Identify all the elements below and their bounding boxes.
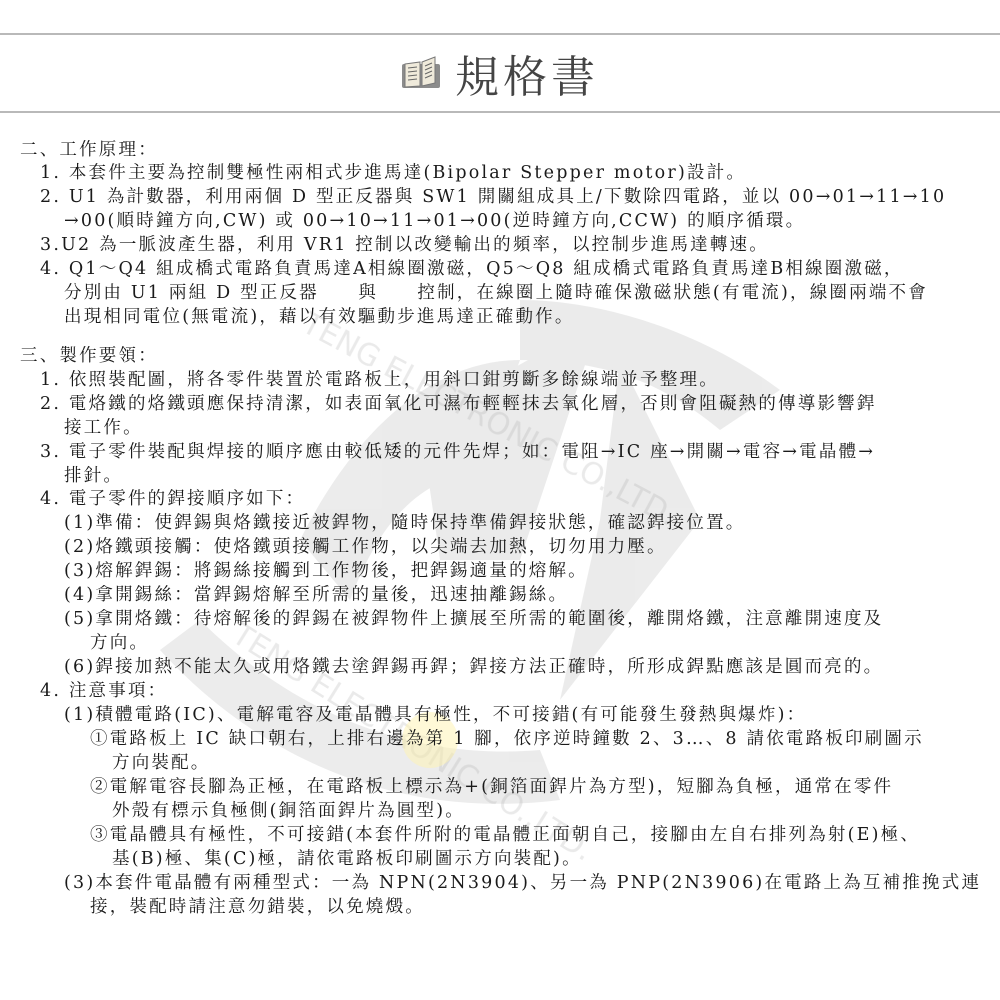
sub-sub-item-continuation: 外殼有標示負極側(銅箔面銲片為圓型)。	[112, 800, 465, 824]
sub-item: (1)準備：使銲錫與烙鐵接近被銲物，隨時保持準備銲接狀態，確認銲接位置。	[64, 512, 746, 536]
list-item: 4. Q1～Q4 組成橋式電路負責馬達A相線圈激磁，Q5～Q8 組成橋式電路負責…	[40, 258, 904, 282]
sub-sub-item: ③電晶體具有極性，不可接錯(本套件所附的電晶體正面朝自己，接腳由左自右排列為射(…	[90, 824, 920, 848]
list-item: 4. 電子零件的銲接順序如下：	[40, 488, 305, 512]
list-item: 3. 電子零件裝配與焊接的順序應由較低矮的元件先焊；如：電阻→IC 座→開關→電…	[40, 441, 875, 465]
sub-item: (3)本套件電晶體有兩種型式：一為 NPN(2N3904)、另一為 PNP(2N…	[64, 872, 981, 896]
sub-sub-item: ②電解電容長腳為正極，在電路板上標示為+(銅箔面銲片為方型)，短腳為負極，通常在…	[90, 776, 893, 800]
list-item: 3.U2 為一脈波產生器，利用 VR1 控制以改變輸出的頻率，以控制步進馬達轉速…	[40, 234, 769, 258]
sub-item-continuation: 接，裝配時請注意勿錯裝，以免燒燬。	[90, 896, 425, 920]
sub-item: (4)拿開錫絲：當銲錫熔解至所需的量後，迅速抽離錫絲。	[64, 584, 568, 608]
sub-item: (1)積體電路(IC)、電解電容及電晶體具有極性，不可接錯(有可能發生發熱與爆炸…	[64, 704, 806, 728]
list-item: 1. 本套件主要為控制雙極性兩相式步進馬達(Bipolar Stepper mo…	[40, 162, 746, 186]
list-item: 1. 依照裝配圖，將各零件裝置於電路板上，用斜口鉗剪斷多餘線端並予整理。	[40, 369, 719, 393]
list-item-continuation: 接工作。	[64, 417, 143, 441]
sub-item: (5)拿開烙鐵：待熔解後的銲錫在被銲物件上擴展至所需的範圍後，離開烙鐵，注意離開…	[64, 608, 883, 632]
list-item-continuation: →00(順時鐘方向,CW) 或 00→10→11→01→00(逆時鐘方向,CCW…	[64, 210, 805, 234]
sub-item: (2)烙鐵頭接觸：使烙鐵頭接觸工作物，以尖端去加熱，切勿用力壓。	[64, 536, 667, 560]
list-item-continuation: 出現相同電位(無電流)，藉以有效驅動步進馬達正確動作。	[64, 306, 575, 330]
list-item-continuation: 排針。	[64, 465, 123, 489]
section-heading: 三、製作要領：	[20, 345, 158, 369]
list-item: 4. 注意事項：	[40, 680, 167, 704]
list-item: 2. U1 為計數器，利用兩個 D 型正反器與 SW1 開關組成具上/下數除四電…	[40, 186, 946, 210]
sub-item-continuation: 方向。	[90, 632, 149, 656]
sub-sub-item-continuation: 方向裝配。	[112, 752, 211, 776]
sub-sub-item: ①電路板上 IC 缺口朝右，上排右邊為第 1 腳，依序逆時鐘數 2、3…、8 請…	[90, 728, 924, 752]
section-heading: 二、工作原理：	[20, 139, 158, 163]
sub-item: (6)銲接加熱不能太久或用烙鐵去塗銲錫再銲；銲接方法正確時，所形成銲點應該是圓而…	[64, 656, 883, 680]
sub-sub-item-continuation: 基(B)極、集(C)極，請依電路板印刷圖示方向裝配)。	[112, 848, 582, 872]
list-item: 2. 電烙鐵的烙鐵頭應保持清潔，如表面氧化可濕布輕輕抹去氧化層，否則會阻礙熱的傳…	[40, 393, 877, 417]
sub-item: (3)熔解銲錫：將錫絲接觸到工作物後，把銲錫適量的熔解。	[64, 560, 588, 584]
list-item-continuation: 分別由 U1 兩組 D 型正反器 與 控制，在線圈上隨時確保激磁狀態(有電流)，…	[64, 282, 928, 306]
document-body: 二、工作原理： 1. 本套件主要為控制雙極性兩相式步進馬達(Bipolar St…	[0, 0, 1000, 1000]
